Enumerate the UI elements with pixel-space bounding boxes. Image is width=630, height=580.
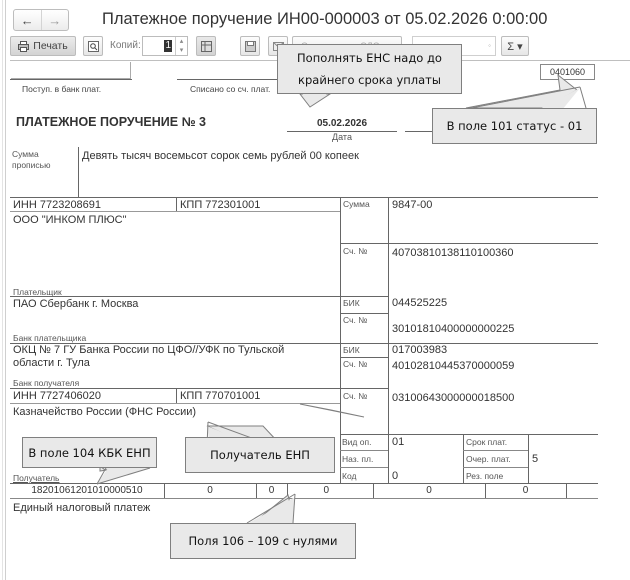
payment-order-window: ← → Платежное поручение ИН00-000003 от 0… bbox=[0, 0, 630, 580]
callout-recipient-enp: Получатель ЕНП bbox=[185, 437, 335, 473]
callout-zeros-text: Поля 106 – 109 с нулями bbox=[189, 534, 338, 548]
callout-status-text: В поле 101 статус - 01 bbox=[447, 119, 583, 133]
callout-recipient-text: Получатель ЕНП bbox=[210, 448, 310, 462]
callout-status-101: В поле 101 статус - 01 bbox=[432, 108, 597, 144]
callout-ens-line2: крайнего срока уплаты bbox=[298, 69, 441, 91]
callout-ens-line1: Пополнять ЕНС надо до bbox=[297, 47, 442, 69]
callout-zeros-106-109: Поля 106 – 109 с нулями bbox=[170, 523, 356, 559]
callout-kbk-text: В поле 104 КБК ЕНП bbox=[28, 446, 150, 460]
callout-ens-deadline: Пополнять ЕНС надо до крайнего срока упл… bbox=[277, 44, 462, 94]
callout-kbk-104: В поле 104 КБК ЕНП bbox=[22, 437, 157, 468]
